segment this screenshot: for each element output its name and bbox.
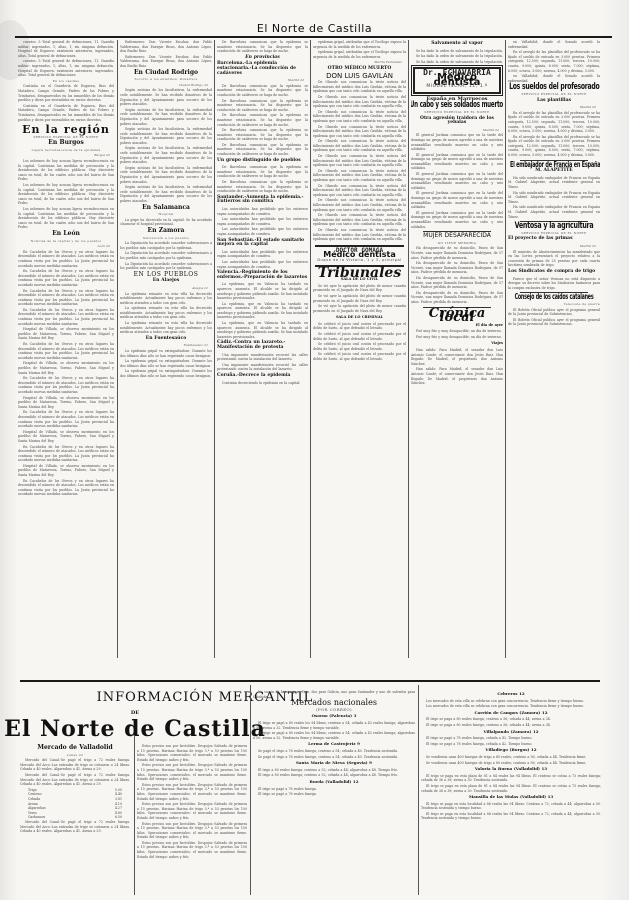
article-text: Mercado del Canal.-Se pagó el trigo a 72…: [20, 820, 130, 834]
mercado-valladolid: Mercado de Valladolid Lunes 22 Mercado d…: [20, 744, 130, 894]
market-name: Mansilla de las Mulas (Valladolid) 13: [421, 795, 601, 800]
heading-salamanca: En Salamanca: [120, 206, 212, 211]
article-text: Se vió ayer la apelación del pleito de m…: [313, 284, 406, 293]
lead-ciudad: Socorro a los enfermos. Donativos: [120, 77, 212, 82]
article-text: Según noticias de los facultativos, la e…: [120, 146, 212, 164]
ad-address: Duque de la Victoria, 1 y 3, principal: [315, 258, 404, 263]
article-text: De Olmedo nos comunican la triste notici…: [313, 139, 406, 153]
article-text: En Cacabelos de los Oteros y en otros lu…: [18, 250, 114, 268]
market-list: Osorno (Palencia) 3El trigo se pagó a 80…: [253, 714, 415, 796]
article-text: Una imponente manifestación recorrió las…: [217, 363, 308, 372]
heading-santander: Santander.-Aumenta la epidemia.-Entierro…: [217, 196, 308, 205]
article-text: De Barcelona comunican que la epidemia s…: [217, 143, 308, 157]
article-text: En el arreglo de las plantillas del prof…: [508, 135, 600, 158]
column-3: De Barcelona comunican que la epidemia s…: [217, 40, 308, 658]
article-text: El general Jordana comunica que en la ta…: [411, 191, 503, 209]
article-text: Según noticias de los facultativos, la e…: [120, 108, 212, 126]
market-text: El trigo se pagó a 78 reales fanega.: [253, 787, 415, 792]
masthead: El Norte de Castilla: [0, 22, 629, 35]
heading-zamora: En Zamora: [120, 229, 212, 234]
article-text: El general Jordana comunica que en la ta…: [411, 153, 503, 171]
article-text: Continúa en el Guardería de Esgueva, Rio…: [18, 84, 114, 102]
article-text: De Olmedo nos comunican la triste notici…: [313, 184, 406, 198]
price-list: Trigo5.00Centeno4.40Cebada3.81Avena4.10A…: [20, 788, 130, 820]
market-text: Se vendieron unas 400 fanegas de trigo a…: [421, 761, 601, 766]
article-text: Hospital de Villada, se observa movimien…: [18, 361, 114, 375]
dateline: Madrid 22: [415, 128, 499, 133]
article-text: En Cacabelos de los Oteros y en otros lu…: [18, 445, 114, 463]
article-text: Ha sido nombrado embajador de Francia en…: [508, 176, 600, 190]
article-text: cuentos. 5.-Total general de defunciones…: [18, 59, 114, 77]
market-text: El trigo a 80 reales fanega; centeno a 5…: [253, 773, 415, 778]
article-text: En Cacabelos de los Oteros y en otros lu…: [18, 376, 114, 394]
article-text: Hospital de Villada, se observa movimien…: [18, 396, 114, 410]
mercados-nacionales: Un vagón de harina para Vigo, dos para G…: [253, 690, 415, 895]
signature: Martín Fernández: [317, 60, 402, 65]
column-rule: [418, 685, 419, 895]
article-text: La Diputación ha acordado conceder subve…: [120, 241, 212, 250]
article-text: La Diputación ha acordado conceder subve…: [120, 251, 212, 260]
article-text: La epidemia, que en Valencia ha tardado …: [217, 302, 308, 320]
article-text: Enfermeros: Don Vicente Escobar, don Pab…: [120, 55, 212, 69]
mercantil-column-2: Estos precios son por hectolitro. Despoj…: [137, 744, 247, 894]
article-text: Fué muy frío y muy desapacible; un día d…: [411, 329, 503, 334]
heading-mujer-desaparecida: MUJER DESAPARECIDA: [411, 234, 503, 239]
article-text: Enfermeros: Don Vicente Escobar, don Pab…: [120, 40, 212, 54]
heading-burgos: En Burgos: [18, 141, 114, 146]
lead-salamanca: Hospital: [120, 212, 212, 217]
heading-sueldos: Los sueldos del profesorado: [509, 85, 599, 90]
article-text: La epidemia reinante en esta villa ha de…: [120, 306, 212, 320]
heading-sala-criminal: SALA DE LO CRIMINAL: [313, 315, 406, 320]
market-text: El trigo se paga en esta plaza de 81 a 8…: [421, 784, 601, 793]
market-text: El trigo se paga a 80 reales fanega; cen…: [421, 723, 601, 728]
market-text: El trigo se paga en esta plaza de 81 a 8…: [421, 774, 601, 783]
advertisement-gomaga: DOCTOR GOMAGA Médico dentista Duque de l…: [315, 245, 404, 267]
ad-address: MIGUEL ISCAR, 11, 1.º: [415, 85, 499, 90]
article-text: De Barcelona comunican que la epidemia s…: [217, 180, 308, 194]
article-text: Hospital de Villada, se observa movimien…: [18, 464, 114, 478]
article-text: De Olmedo nos comunican la triste notici…: [313, 198, 406, 212]
article-text: De Barcelona comunican que la epidemia s…: [217, 99, 308, 113]
heading-ciudad-rodrigo: En Ciudad Rodrigo: [120, 71, 212, 76]
section-heading-region: En la región: [18, 128, 114, 133]
article-text: Ha desaparecido de su domicilio, Paseo d…: [411, 276, 503, 290]
article-text: De Olmedo nos comunican la triste notici…: [313, 228, 406, 242]
dateline: Madrid 22: [221, 78, 304, 83]
column-rule: [408, 40, 409, 658]
article-text: Estos precios son por hectolitro. Despoj…: [137, 744, 247, 762]
dateline: Madrid 22: [512, 105, 596, 110]
heading-valencia: Valencia.-Regimiento de los enfermos.-Pr…: [217, 271, 308, 280]
market-name: Santa María de Nieva (Segovia) 9: [253, 761, 415, 766]
service-line: SERVICIO ESPECIAL DE EL NORTE: [508, 231, 600, 236]
lead-leon: Noticias de la capital y de los pueblos: [18, 239, 114, 244]
article-text: La epidemia, que en Valencia ha tardado …: [217, 282, 308, 300]
market-title: Mercado de Valladolid: [20, 746, 130, 751]
article-text: Los informes de hoy acusan ligera recrud…: [18, 183, 114, 206]
article-text: Estos precios son por hectolitro. Despoj…: [137, 783, 247, 801]
article-text: En el arreglo de las plantillas del prof…: [508, 111, 600, 134]
heading-agresion: Otra agresión traidora de los yebalas: [411, 117, 503, 126]
dateline: Fuentesaúco 21: [124, 343, 208, 348]
article-text: De Barcelona comunican que la epidemia s…: [217, 165, 308, 179]
article-text: Se celebró el juicio oral contra el proc…: [313, 342, 406, 351]
heading-plantillas: Las plantillas: [508, 99, 600, 104]
subheading: En los casillas: [18, 79, 114, 84]
market-text: El trigo se paga en esta localidad a 86 …: [421, 802, 601, 811]
heading-gavilan: DON LUIS GAVILÁN: [313, 74, 406, 79]
article-text: Se celebró el juicio oral contra el proc…: [313, 332, 406, 341]
lead-zamora: Subvención a los pueblos: [120, 236, 212, 241]
market-text: El trigo a 80 reales fanega; centeno a 5…: [253, 768, 415, 773]
column-rule: [310, 40, 311, 658]
market-text: El trigo se pagó a 80 reales los 94 libr…: [253, 731, 415, 740]
column-5: Salvamento al vapor Se ha dado la orden …: [411, 40, 503, 658]
article-text: De Olmedo nos comunican la triste notici…: [313, 169, 406, 183]
article-text: En el arreglo de las plantillas del prof…: [508, 50, 600, 73]
market-name: Osorno (Palencia) 3: [253, 714, 415, 719]
article-text: Las autoridades han prohibido que los en…: [217, 207, 308, 216]
article-text: La epidemia reinante en esta villa ha de…: [120, 292, 212, 306]
subheading-telecoste: Telecoste de guerra: [508, 302, 600, 307]
article-text: En Cacabelos de los Oteros y en otros lu…: [18, 269, 114, 287]
article-text: La epidemia gripal va extinguiéndose. Du…: [120, 369, 212, 378]
market-text: Se vendieron unas 400 fanegas de trigo a…: [421, 755, 601, 760]
article-text: En Cacabelos de los Oteros y en otros lu…: [18, 308, 114, 326]
column-1: cuentos. 5.-Total general de defunciones…: [18, 40, 114, 658]
mercados-continued: Cebreros 12Los mercados de esta villa se…: [421, 690, 601, 895]
article-text: La epidemia gripal va extinguiéndose. Du…: [120, 349, 212, 358]
heading-soldados-muertos: Un cabo y seis soldados muertos: [411, 103, 503, 108]
article-text: Continúa en el Guardería de Esgueva, Rio…: [18, 104, 114, 122]
heading-provincias: En provincias: [217, 56, 308, 61]
article-text: Estos precios son por hectolitro. Despoj…: [137, 822, 247, 840]
article-text: De Olmedo nos comunican la triste notici…: [313, 125, 406, 139]
article-text: cuentos. 5.-Total general de defunciones…: [18, 40, 114, 58]
market-text: El trigo se pagó a 78 reales fanega, ceb…: [421, 736, 601, 741]
market-text: Los mercados de esta villa se celebran c…: [421, 699, 601, 704]
market-name: Valoria la Buena (Valladolid) 13: [421, 767, 601, 772]
article-text: La epidemia, que en Valencia ha tardado …: [217, 321, 308, 339]
article-text: Estos precios son por hectolitro. Despoj…: [137, 763, 247, 781]
market-name: Carrión de Campos (Zamora) 12: [421, 711, 601, 716]
article-text: Estos precios son por hectolitro. Despoj…: [137, 841, 247, 859]
column-rule: [117, 40, 118, 658]
article-text: Los informes de hoy acusan ligera recrud…: [18, 159, 114, 182]
article-text: Estos precios son por hectolitro. Despoj…: [137, 802, 247, 820]
column-6: en Valladolid, donde el Senado acordó la…: [508, 40, 600, 658]
article-text: En Cacabelos de los Oteros y en otros lu…: [18, 410, 114, 428]
mercantil-paper-name: El Norte de Castilla: [0, 716, 270, 742]
article-text: El general Jordana comunica que en la ta…: [411, 133, 503, 151]
service-line: SERVICIO ESPECIAL DE EL NORTE: [411, 110, 503, 115]
masthead-rule: [15, 36, 612, 38]
article-text: De Barcelona comunican que la epidemia s…: [217, 84, 308, 98]
heading-ventosa: Ventosa y la agricultura: [511, 224, 596, 229]
article-text: En Cacabelos de los Oteros y en otros lu…: [18, 342, 114, 360]
article-text: De Barcelona comunican que la epidemia s…: [217, 128, 308, 142]
dateline: Ciudad Rodrigo 22: [124, 83, 208, 88]
article-text: Se ha dado la orden de salvamento de la …: [411, 60, 503, 65]
article-text: Las autoridades han prohibido que los en…: [217, 260, 308, 269]
embajador-name: M. ALAPETITE: [508, 169, 600, 174]
article-text: Las autoridades han prohibido que los en…: [217, 217, 308, 226]
article-text: Ha sido nombrado embajador de Francia en…: [508, 191, 600, 205]
nacionales-title: Mercados nacionales: [253, 701, 415, 706]
article-text: Hospital de Villada, se observa movimien…: [18, 430, 114, 444]
article-text: Hospital de Villada, se observa movimien…: [18, 327, 114, 341]
service-line: SERVICIO ESPECIAL DE EL NORTE: [508, 92, 600, 97]
column-rule: [250, 685, 251, 895]
article-text: De Olmedo nos comunican la triste notici…: [313, 213, 406, 227]
lead-burgos: Ligera recrudescencia de la epidemia: [18, 148, 114, 153]
heading-pueblos: EN LOS PUEBLOS: [120, 273, 212, 278]
dateline: Burgos 22: [22, 153, 110, 158]
article-text: Se celebró el juicio oral contra el proc…: [313, 322, 406, 331]
market-text: El trigo se pagó a 78 reales fanega, ceb…: [421, 742, 601, 747]
heading-consejo: Consejo de los caídos catalanes: [511, 295, 596, 300]
heading-proyecto: El proyecto de las primas: [508, 237, 600, 242]
heading-coruna: Coruña.-Decrece la epidemia: [217, 374, 308, 379]
advertisement-echavarria: Dr. ECHAVARRÍA Médico dentista MIGUEL IS…: [413, 67, 501, 93]
article-text: Han salido: Para Madrid, el senador don …: [411, 367, 503, 385]
heading-tribunales: Tribunales: [313, 271, 406, 276]
heading-embajador: El embajador de Francia en España: [510, 163, 598, 168]
article-text: Han salido: Para Madrid, el senador don …: [411, 348, 503, 366]
market-text: El trigo se pagó a 80 reales los 94 libr…: [253, 721, 415, 730]
article-text: Ha sido nombrado embajador de Francia en…: [508, 205, 600, 219]
article-text: epidemia gripal, atribuidas que el Tocól…: [313, 40, 406, 49]
article-text: Continúa decreciendo la epidemia en la c…: [217, 381, 308, 386]
dateline: Madrid 22: [512, 244, 596, 249]
article-text: La epidemia reinante en esta villa ha de…: [120, 321, 212, 335]
column-4: epidemia gripal, atribuidas que el Tocól…: [313, 40, 406, 658]
article-text: en Valladolid, donde el Senado acordó la…: [508, 40, 600, 49]
article-text: Las autoridades han prohibido que los en…: [217, 250, 308, 259]
article-text: Parece que el señor Ventosa no está disp…: [508, 277, 600, 291]
article-text: De Olmedo nos comunican la triste notici…: [313, 80, 406, 94]
market-name: Cebreros 12: [421, 692, 601, 697]
article-text: Fué muy frío y muy desapacible; un día d…: [411, 335, 503, 340]
article-text: Según noticias de los facultativos, la e…: [120, 127, 212, 145]
market-name: Lerma de Castrojeriz 9: [253, 742, 415, 747]
article-text: El Boletín Oficial publica ayer el progr…: [508, 308, 600, 317]
article-text: En Cacabelos de los Oteros y en otros lu…: [18, 479, 114, 497]
article-text: Según noticias de los facultativos, la e…: [120, 88, 212, 106]
article-text: Mercado del Canal.-Se pagó el trigo a 72…: [20, 773, 130, 787]
subheading-grupo: Un grupo distinguido de pueblos: [217, 159, 308, 164]
article-text: Ha desaparecido de su domicilio, Paseo d…: [411, 261, 503, 275]
market-text: El trigo se pagó a 78 reales fanega.: [253, 792, 415, 797]
article-text: Las autoridades han prohibido que los en…: [217, 227, 308, 236]
column-2: Enfermeros: Don Vicente Escobar, don Pab…: [120, 40, 212, 658]
article-text: El general Jordana comunica que en la ta…: [411, 172, 503, 190]
article-text: De Barcelona comunican que la epidemia s…: [217, 113, 308, 127]
column-rule: [214, 40, 215, 658]
article-text: Ha desaparecido de su domicilio, Paseo d…: [411, 246, 503, 260]
market-list: Cebreros 12Los mercados de esta villa se…: [421, 692, 601, 821]
heading-cadiz: Cádiz.-Contra un lazareto.-Manifestación…: [217, 341, 308, 350]
article-text: De Olmedo nos comunican la triste notici…: [313, 95, 406, 109]
article-text: De Olmedo nos comunican la triste notici…: [313, 110, 406, 124]
column-rule: [134, 735, 135, 895]
article-text: Se vió ayer la apelación del pleito de m…: [313, 294, 406, 303]
subheading-viajes: Viajes: [411, 341, 503, 346]
article-text: Se ha dado la orden de salvamento de la …: [411, 49, 503, 54]
column-rule: [505, 40, 506, 658]
market-date: Lunes 22: [20, 753, 130, 758]
market-name: Rueda (Valladolid) 12: [253, 780, 415, 785]
article-text: De Barcelona comunican que la epidemia s…: [217, 40, 308, 54]
market-text: Los mercados de esta villa se celebran c…: [421, 704, 601, 709]
market-text: El trigo se paga en esta localidad a 86 …: [421, 812, 601, 821]
heading-barcelona: Barcelona.-La epidemia estacionaria.-La …: [217, 62, 308, 76]
market-name: Villalpando (Zamora) 12: [421, 730, 601, 735]
newspaper-page: El Norte de Castilla cuentos. 5.-Total g…: [0, 0, 629, 900]
dateline: Alaejos 21: [124, 286, 208, 291]
article-text: Una imponente manifestación recorrió las…: [217, 353, 308, 362]
heading-leon: En León: [18, 232, 114, 237]
heading-alaejos: En Alaejos: [120, 279, 212, 284]
article-text: Mercado del Canal.-Se pagó el trigo a 72…: [20, 758, 130, 772]
heading-sindicatos: Los Sindicatos de compra de trigo: [508, 270, 600, 275]
article-text: La Diputación ha acordado conceder subve…: [120, 262, 212, 271]
market-text: Se pagó el trigo a 76 reales fanega; cen…: [253, 755, 415, 760]
article-text: La gripe ha decrecido en la capital. Se …: [120, 218, 212, 227]
article-text: El ministro de Abastecimientos ha manife…: [508, 250, 600, 268]
market-text: Se pagó el trigo a 76 reales fanega; cen…: [253, 749, 415, 754]
article-text: El Boletín Oficial publica ayer el progr…: [508, 318, 600, 327]
article-text: Se vió ayer la apelación del pleito de m…: [313, 304, 406, 313]
article-text: Según noticias de los facultativos, la e…: [120, 166, 212, 184]
article-text: epidemia gripal, atribuidas que el Tocól…: [313, 50, 406, 59]
article-text: De Olmedo nos comunican la triste notici…: [313, 154, 406, 168]
article-text: El general Jordana comunica que en la ta…: [411, 211, 503, 229]
heading-san-sebastian: San Sebastián.-El estado sanitario mejor…: [217, 239, 308, 248]
heading-otro-medico: OTRO MÉDICO MUERTO: [313, 67, 406, 72]
dateline: León 22: [22, 244, 110, 249]
heading-salvamento: Salvamento al vapor: [411, 42, 503, 47]
article-text: En Cacabelos de los Oteros y en otros lu…: [18, 289, 114, 307]
subheading-memoria: NO TIENE MEMORIA: [411, 241, 503, 246]
article-text: Los informes de hoy acusan ligera recrud…: [18, 207, 114, 230]
article-text: Ha desaparecido de su domicilio, Paseo d…: [411, 291, 503, 305]
article-text: Se celebró el juicio oral contra el proc…: [313, 352, 406, 361]
section-rule: [20, 680, 600, 682]
heading-cronica-local: Crónica local: [411, 312, 503, 321]
market-text: El trigo se paga a 80 reales fanega; cen…: [421, 717, 601, 722]
article-text: Se ha dado la orden de salvamento de la …: [411, 54, 503, 59]
nacionales-sub: (POR CORREO): [253, 708, 415, 713]
market-name: Villadiego (Burgos) 12: [421, 748, 601, 753]
article-text: Según noticias de los facultativos, la e…: [120, 185, 212, 203]
heading-fuentesauco: En Fuentesaúco: [120, 337, 212, 342]
article-text: La epidemia gripal va extinguiéndose. Du…: [120, 359, 212, 368]
